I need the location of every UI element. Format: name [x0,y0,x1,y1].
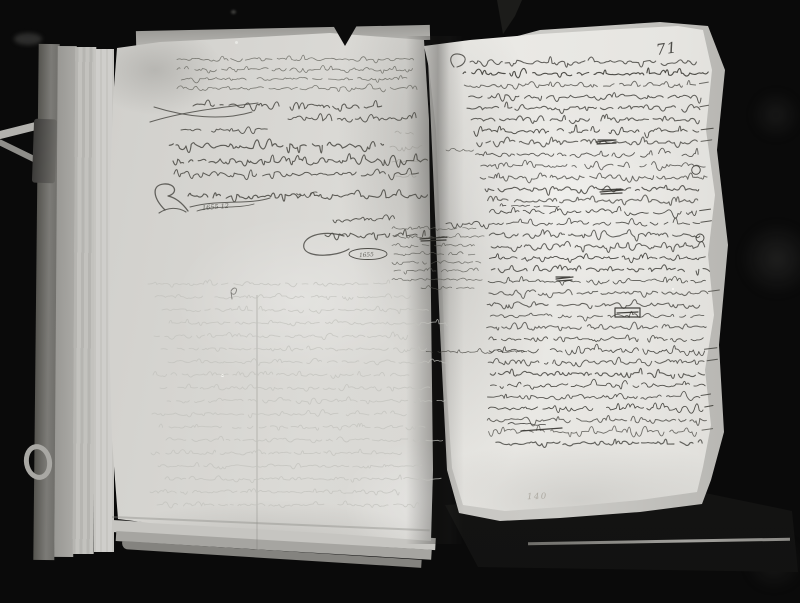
ink-stroke [167,397,445,404]
page-number: 71 [655,38,678,59]
ink-stroke [500,204,559,207]
ink-stroke [152,410,406,418]
ink-stroke [177,84,417,92]
ink-layer: 71 140 1655 12 1655 [0,0,800,603]
ink-stroke [181,76,409,83]
ink-stroke [701,140,712,142]
ink-stroke [491,265,709,275]
ink-stroke [390,146,422,151]
ink-stroke [508,423,546,426]
generated-handwriting [148,54,719,508]
ink-stroke [159,423,425,430]
ink-stroke [169,319,448,326]
ink-stroke [157,501,419,508]
photograph: 71 140 1655 12 1655 [0,0,800,603]
ink-stroke [489,253,705,263]
ink-stroke [476,148,698,157]
ink-stroke [699,82,708,84]
ink-stroke [451,54,465,67]
ink-stroke [701,394,711,396]
corrections-ink [420,140,640,431]
ink-stroke [488,357,704,367]
ink-stroke [704,348,716,350]
ink-stroke [392,278,482,281]
ink-stroke [700,209,711,211]
ink-stroke [489,335,703,342]
ink-stroke [177,65,413,73]
ink-stroke [288,112,416,122]
margin-notes-ink [392,148,527,353]
ink-stroke [394,268,484,274]
ink-stroke [489,230,700,241]
ink-stroke [158,463,422,469]
ink-stroke [174,168,419,179]
ink-stroke [477,137,698,148]
ink-stroke [709,290,720,292]
ink-stroke [151,449,402,455]
ink-stroke [168,358,449,365]
ink-stroke [396,174,416,177]
ink-stroke [487,300,700,309]
ink-stroke [487,416,706,426]
ink-stroke [490,368,704,378]
ink-stroke [617,312,638,313]
ink-stroke [155,293,410,300]
ink-stroke [464,80,695,89]
ink-stroke [150,103,258,122]
ink-stroke [463,68,708,78]
ink-stroke [491,241,705,252]
ink-stroke [177,55,414,63]
ink-stroke [150,489,399,495]
ink-stroke [521,428,562,431]
ink-stroke [485,185,699,195]
ink-stroke [290,101,382,112]
ink-stroke [474,125,699,138]
ink-stroke [165,475,441,483]
ink-stroke [489,344,704,356]
ink-stroke [154,107,252,117]
ink-stroke [702,429,713,431]
ink-stroke [600,189,623,194]
right-page-ink [446,54,719,448]
ink-stroke [488,403,703,413]
ink-stroke [488,391,700,400]
ink-stroke [701,221,712,223]
ink-stroke [489,290,708,299]
ink-stroke [446,218,700,229]
ink-stroke [480,173,707,183]
ink-mark [692,166,701,175]
ink-stroke [707,359,717,361]
left-page-ink [177,55,417,92]
ink-stroke [169,139,383,153]
ink-stroke [489,206,696,218]
ink-stroke [148,280,390,287]
ink-stroke [701,128,713,130]
ink-stroke [166,436,443,442]
ink-stroke [488,276,705,285]
ink-stroke [490,312,704,322]
ink-stroke [469,93,701,103]
ink-stroke [231,288,237,299]
ink-stroke [491,379,706,389]
ink-stroke [155,184,188,211]
ink-stroke [392,261,481,265]
ink-stroke [154,332,408,340]
ink-stroke [159,208,186,213]
ink-stroke [705,406,713,408]
ink-stroke [188,193,301,202]
ink-stroke [487,322,706,331]
ink-stroke [161,346,427,353]
ink-stroke [488,195,698,205]
ink-stroke [160,384,430,391]
ink-stroke [481,160,705,170]
ink-stroke [467,102,700,114]
date-mark-2: 1655 [359,252,374,259]
ink-stroke [394,252,481,256]
ink-stroke [700,105,709,107]
ink-stroke [496,439,702,447]
ink-stroke [162,306,428,313]
folio-stamp: 140 [527,492,548,503]
ink-stroke [420,237,447,241]
ink-stroke [395,131,421,134]
ink-stroke [153,371,409,378]
ink-stroke [173,154,427,167]
ink-stroke [446,148,474,151]
bleedthrough-ink [148,131,449,508]
ink-stroke [392,243,474,248]
ink-stroke [556,277,573,281]
ink-stroke [181,127,273,134]
ink-stroke [471,114,699,124]
ink-stroke [333,215,395,223]
ink-stroke [310,190,428,200]
signatures-ink [150,100,428,259]
ink-stroke [421,286,474,290]
